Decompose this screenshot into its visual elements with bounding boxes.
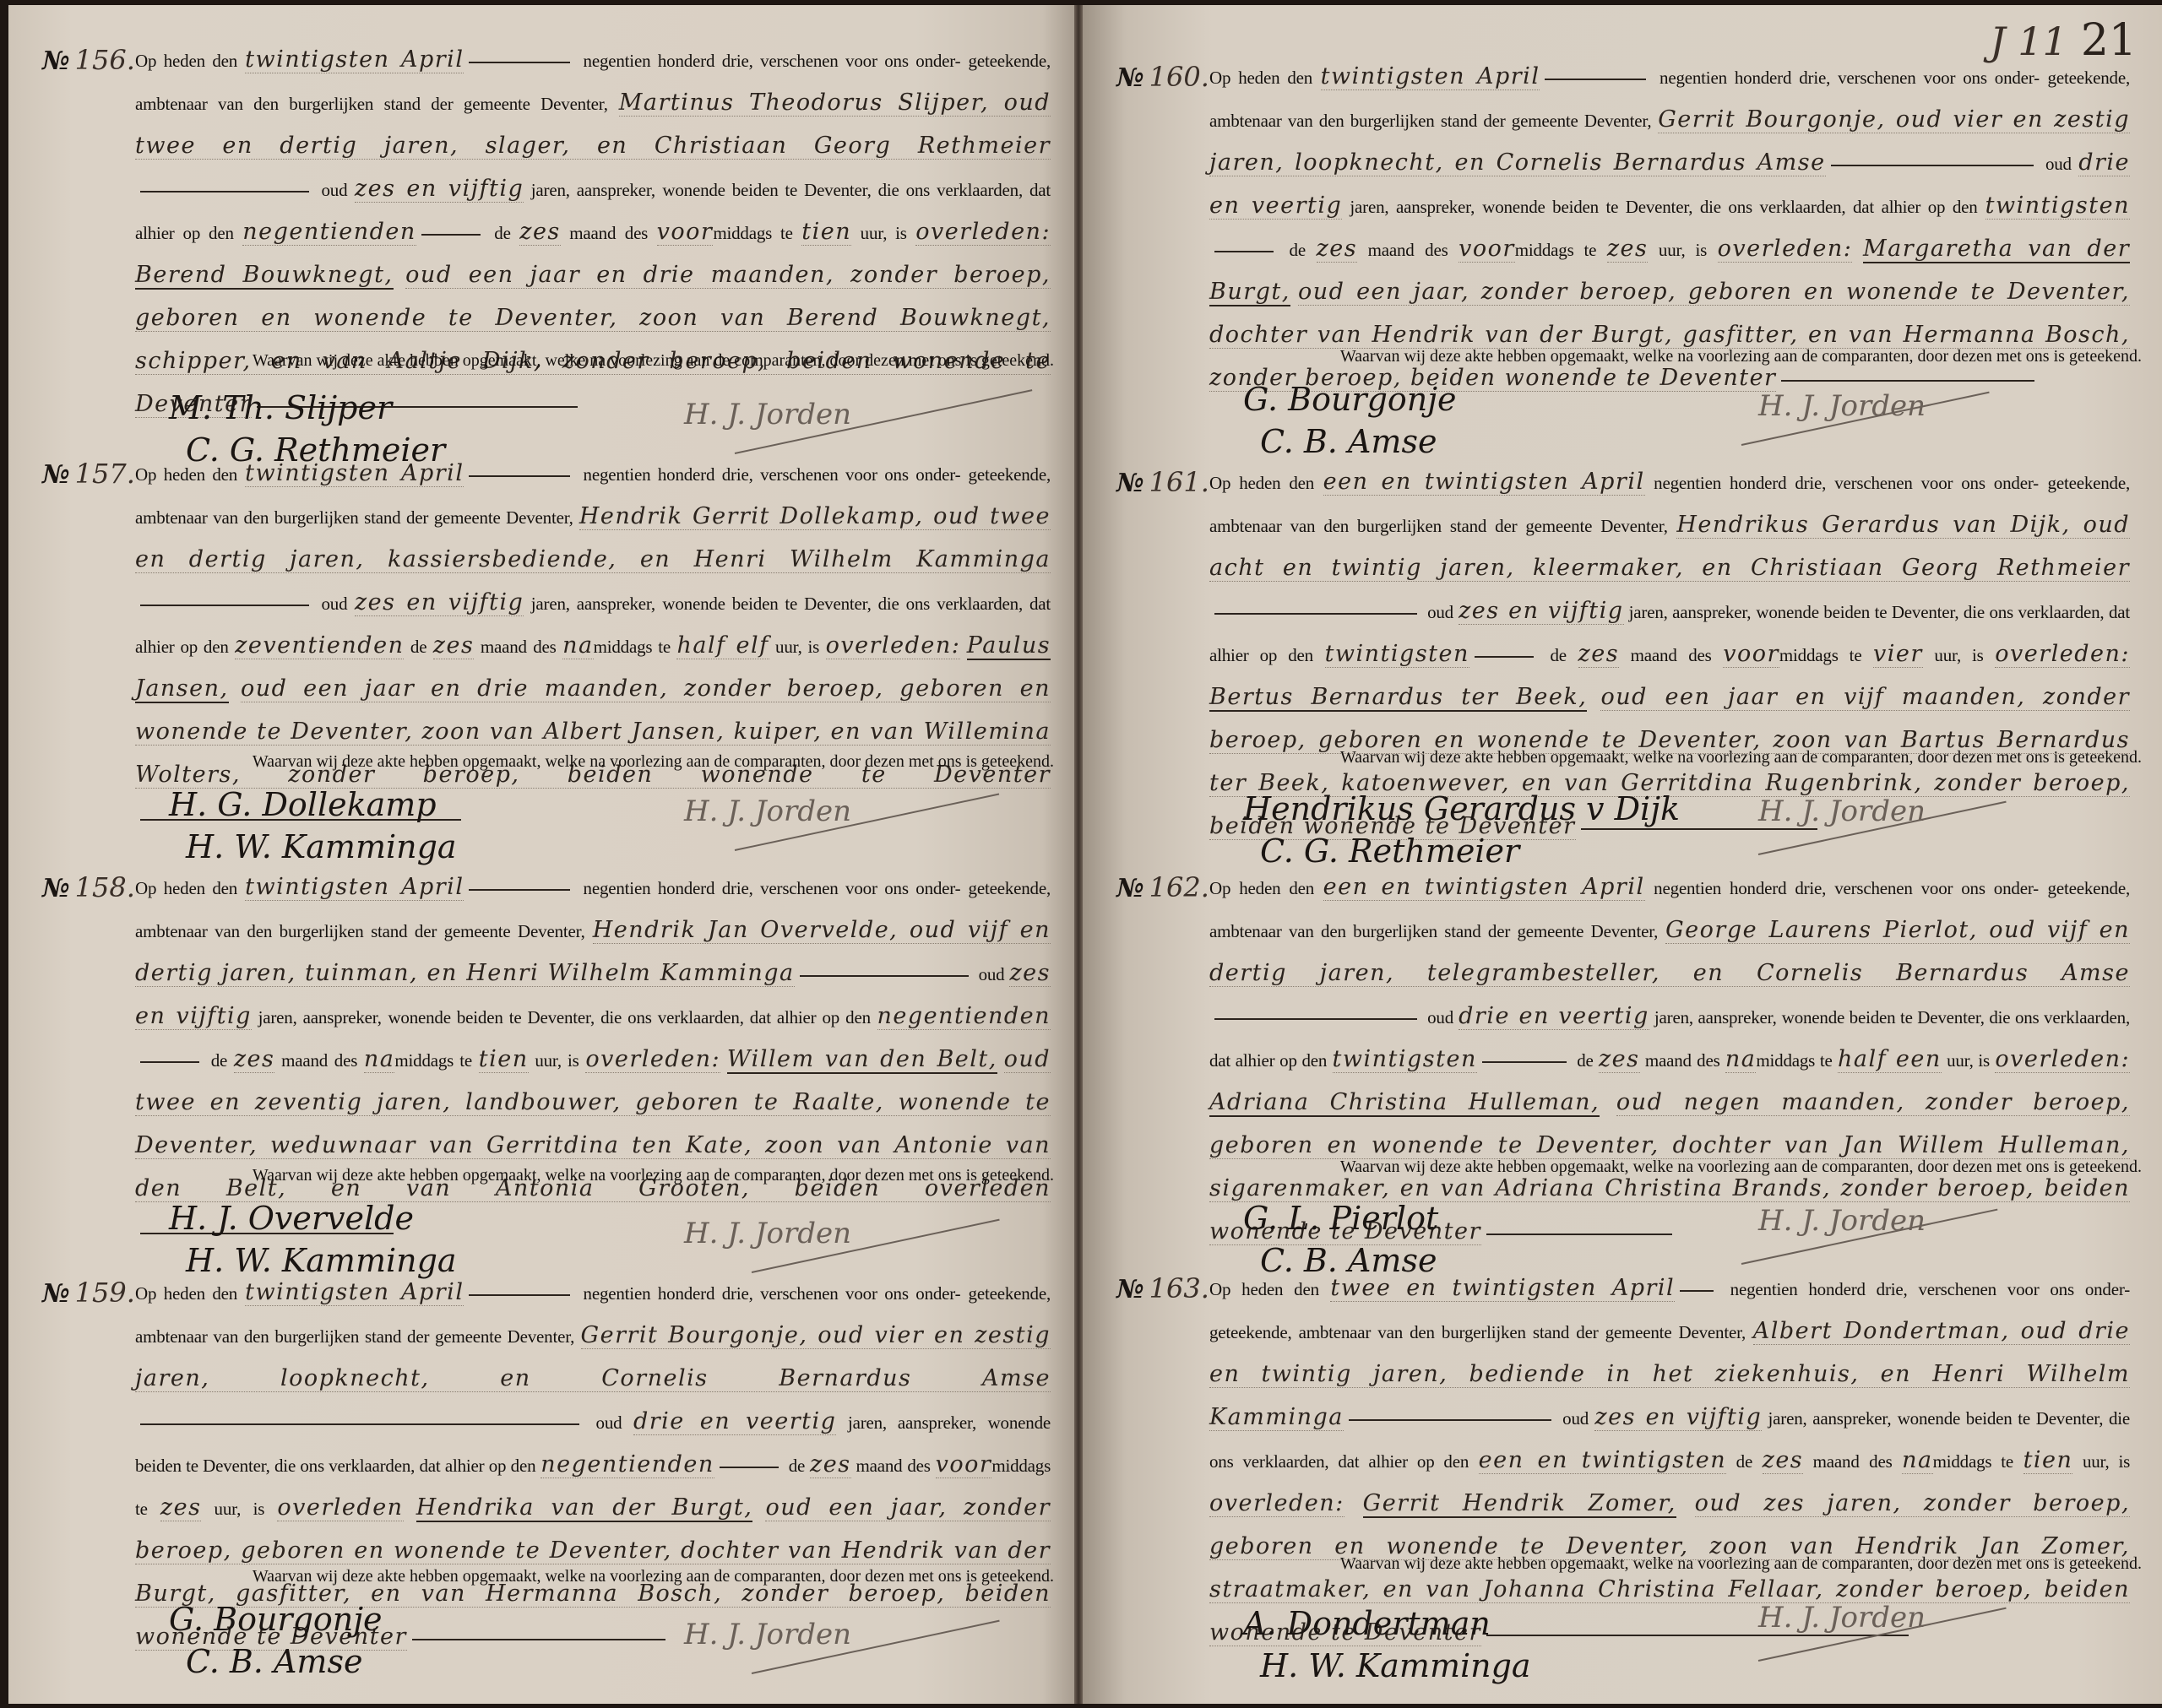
entry-number: №163. <box>1116 1272 1209 1304</box>
signature-declarant-1: Hendrikus Gerardus v Dijk <box>1243 790 1680 827</box>
entry-number: №158. <box>42 871 135 903</box>
time-period: voor <box>657 219 714 246</box>
death-day: negentienden <box>242 219 416 246</box>
signature-official: H. J. Jorden <box>1758 389 1926 423</box>
time-hour: tien <box>479 1046 529 1073</box>
signature-official: H. J. Jorden <box>684 1217 851 1250</box>
death-day: twintigsten <box>1325 641 1469 668</box>
signature-official: H. J. Jorden <box>1758 1204 1926 1238</box>
death-month: zes <box>1317 236 1358 263</box>
signature-declarant-1: H. G. Dollekamp <box>169 786 437 823</box>
death-month: zes <box>810 1451 851 1478</box>
time-period: na <box>562 632 594 659</box>
death-day: twintigsten <box>1985 192 2130 220</box>
entry-number: №156. <box>42 44 135 76</box>
time-hour: half elf <box>676 632 769 659</box>
declarant-age: zes en vijftig <box>355 589 524 616</box>
time-hour: tien <box>2023 1447 2073 1474</box>
time-period: voor <box>1723 641 1779 668</box>
declarant-age: drie en veertig <box>1459 1003 1649 1030</box>
signature-declarant-1: M. Th. Slijper <box>169 389 392 426</box>
deceased-name: Bertus Bernardus ter Beek, <box>1209 684 1587 712</box>
time-period: na <box>1902 1447 1933 1474</box>
death-day: negentienden <box>877 1003 1051 1030</box>
deceased-name: Gerrit Hendrik Zomer, <box>1363 1490 1676 1518</box>
deceased-details: oud een jaar, zonder beroep, geboren en … <box>1209 279 2130 392</box>
signature-declarant-1: A. Dondertman <box>1243 1605 1491 1642</box>
record-date: twintigsten April <box>245 1279 464 1306</box>
record-date: twintigsten April <box>1321 63 1540 90</box>
time-hour: tien <box>801 219 851 246</box>
left-page: №156. Op heden den twintigsten April neg… <box>8 5 1074 1704</box>
closing-statement: Waarvan wij deze akte hebben opgemaakt, … <box>169 351 1054 371</box>
declarant-age: zes en vijftig <box>1459 598 1624 625</box>
register-book: №156. Op heden den twintigsten April neg… <box>0 5 2162 1704</box>
record-date: een en twintigsten April <box>1323 469 1645 496</box>
entry-body: Op heden den twintigsten April negentien… <box>135 453 1051 839</box>
time-hour: zes <box>1607 236 1649 263</box>
death-month: zes <box>519 219 561 246</box>
death-day: negentienden <box>540 1451 714 1478</box>
signature-declarant-1: G. Bourgonje <box>169 1601 383 1638</box>
signature-declarant-1: G. L. Pierlot <box>1243 1200 1438 1237</box>
entry-number: №161. <box>1116 466 1209 498</box>
record-date: twintigsten April <box>245 460 464 487</box>
record-date: twintigsten April <box>245 874 464 901</box>
death-month: zes <box>433 632 475 659</box>
book-gutter <box>1074 5 1083 1704</box>
deceased-name: Hendrika van der Burgt, <box>416 1494 753 1522</box>
right-page: J 11 21 №160. Op heden den twintigsten A… <box>1083 5 2162 1704</box>
closing-statement: Waarvan wij deze akte hebben opgemaakt, … <box>1243 1158 2142 1177</box>
deceased-name: Berend Bouwknegt, <box>135 262 394 290</box>
signature-declarant-1: G. Bourgonje <box>1243 381 1457 418</box>
time-period: na <box>364 1046 395 1073</box>
signature-official: H. J. Jorden <box>684 794 851 828</box>
death-day: zeventienden <box>235 632 404 659</box>
closing-statement: Waarvan wij deze akte hebben opgemaakt, … <box>1243 748 2142 767</box>
signature-official: H. J. Jorden <box>684 398 851 431</box>
closing-statement: Waarvan wij deze akte hebben opgemaakt, … <box>169 1567 1054 1586</box>
time-hour: zes <box>160 1494 202 1521</box>
deceased-name: Adriana Christina Hulleman, <box>1209 1089 1600 1117</box>
deceased-name: Willem van den Belt, <box>727 1046 997 1074</box>
death-month: zes <box>1578 641 1620 668</box>
entry-body: Op heden den een en twintigsten April ne… <box>1209 866 2130 1254</box>
signature-declarant-2: C. B. Amse <box>1260 423 1437 460</box>
time-hour: vier <box>1873 641 1923 668</box>
time-period: voor <box>1459 236 1515 263</box>
closing-statement: Waarvan wij deze akte hebben opgemaakt, … <box>169 1166 1054 1185</box>
entry-number: №162. <box>1116 871 1209 903</box>
signature-declarant-1: H. J. Overvelde <box>169 1200 414 1237</box>
time-hour: half een <box>1838 1046 1942 1073</box>
time-period: na <box>1725 1046 1757 1073</box>
closing-statement: Waarvan wij deze akte hebben opgemaakt, … <box>169 752 1054 772</box>
entry-body: Op heden den twintigsten April negentien… <box>135 866 1051 1253</box>
entry-number: №160. <box>1116 61 1209 93</box>
declarant-age: zes en vijftig <box>355 176 524 203</box>
signature-declarant-2: H. W. Kamminga <box>186 828 457 865</box>
death-day: twintigsten <box>1333 1046 1477 1073</box>
signature-official: H. J. Jorden <box>684 1618 851 1651</box>
time-period: voor <box>936 1451 992 1478</box>
closing-statement: Waarvan wij deze akte hebben opgemaakt, … <box>1243 1554 2142 1574</box>
declarant-age: drie en veertig <box>633 1408 837 1435</box>
entry-number: №157. <box>42 458 135 490</box>
signature-declarant-2: C. G. Rethmeier <box>1260 832 1519 870</box>
record-date: een en twintigsten April <box>1323 874 1645 901</box>
death-day: een en twintigsten <box>1479 1447 1726 1474</box>
record-date: twee en twintigsten April <box>1330 1275 1675 1302</box>
entry-body: Op heden den twee en twintigsten April n… <box>1209 1267 2130 1655</box>
death-month: zes <box>1763 1447 1804 1474</box>
signature-declarant-2: C. B. Amse <box>186 1643 362 1680</box>
record-date: twintigsten April <box>245 46 464 73</box>
declarant-age: zes en vijftig <box>1594 1404 1762 1431</box>
closing-statement: Waarvan wij deze akte hebben opgemaakt, … <box>1243 347 2142 366</box>
death-month: zes <box>234 1046 275 1073</box>
signature-declarant-2: H. W. Kamminga <box>1260 1647 1531 1684</box>
death-month: zes <box>1599 1046 1640 1073</box>
entry-number: №159. <box>42 1277 135 1309</box>
